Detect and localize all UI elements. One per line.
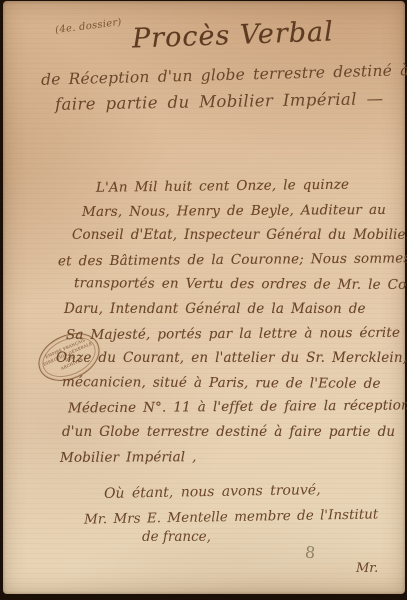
body-line: Sa Majesté, portés par la lettre à nous … [66, 324, 386, 351]
body-line: Mars, Nous, Henry de Beyle, Auditeur au [82, 202, 386, 229]
body-line: mécanicien, situé à Paris, rue de l'Ecol… [62, 374, 386, 400]
body-line: d'un Globe terrestre destiné à faire par… [62, 424, 386, 449]
body-line: Onze du Courant, en l'attelier du Sr. Me… [56, 350, 386, 375]
body-line: Conseil d'Etat, Inspecteur Général du Mo… [72, 227, 386, 252]
body-line: transportés en Vertu des ordres de Mr. l… [74, 276, 386, 302]
body-line: Mobilier Impérial , [60, 448, 386, 474]
body-line: Médecine N°. 11 à l'effet de faire la ré… [68, 398, 386, 425]
body-line: et des Bâtiments de la Couronne; Nous so… [58, 250, 386, 277]
body-paragraph: L'An Mil huit cent Onze, le quinze Mars,… [56, 178, 386, 473]
body-line: L'An Mil huit cent Onze, le quinze [96, 176, 386, 204]
attendee-line-2: de france, [142, 529, 211, 545]
pencil-page-number: 8 [304, 543, 316, 563]
catchword: Mr. [356, 561, 378, 576]
body-line: Daru, Intendant Général de la Maison de [64, 301, 386, 326]
photographed-manuscript: (4e. dossier) Procès Verbal de Réception… [0, 0, 407, 600]
